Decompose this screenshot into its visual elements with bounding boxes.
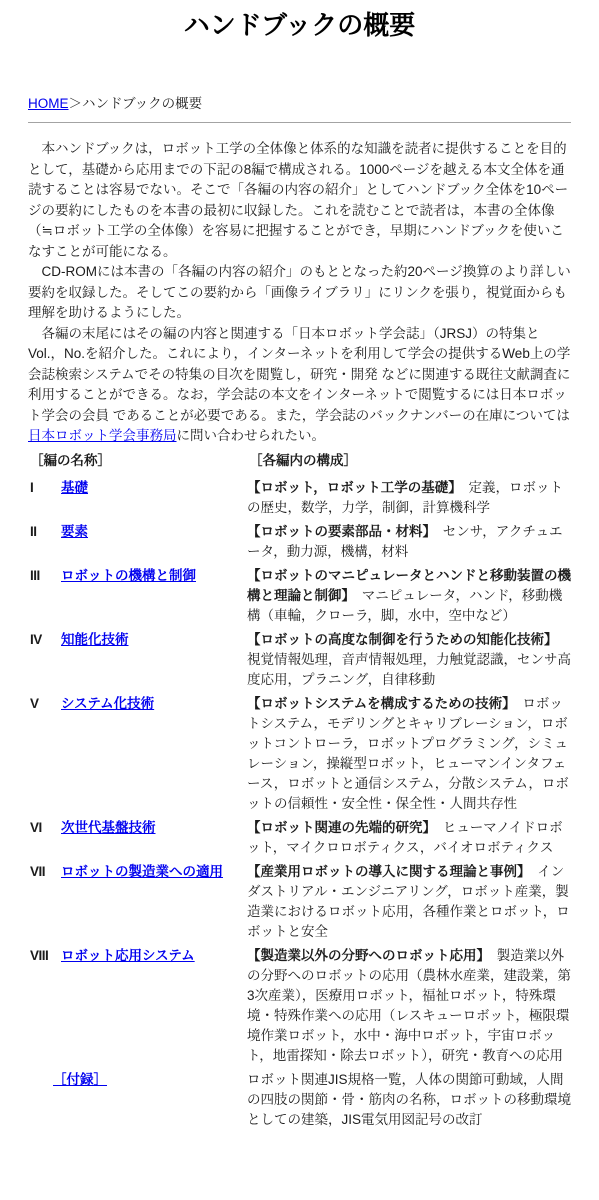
section-description-heading: 【ロボットの要素部品・材料】 <box>247 524 429 539</box>
section-description: 【産業用ロボットの導入に関する理論と事例】 インダストリアル・エンジニアリング，… <box>247 862 571 942</box>
jrsj-office-link[interactable]: 日本ロボット学会事務局 <box>28 428 177 443</box>
section-link[interactable]: 次世代基盤技術 <box>61 820 156 835</box>
section-link[interactable]: ロボットの機構と制御 <box>61 568 196 583</box>
section-link[interactable]: ［付録］ <box>53 1072 107 1087</box>
intro-paragraph-2: CD-ROMには本書の「各編の内容の紹介」のもととなった約20ページ換算のより詳… <box>28 262 571 324</box>
section-link[interactable]: 知能化技術 <box>61 632 129 647</box>
section-numeral: II <box>28 522 61 562</box>
section-row: V システム化技術 【ロボットシステムを構成するための技術】 ロボットシステム，… <box>28 694 571 814</box>
section-numeral: V <box>28 694 61 814</box>
section-name-cell: ロボットの機構と制御 <box>61 566 247 626</box>
section-link[interactable]: 要素 <box>61 524 88 539</box>
section-name-cell: ロボット応用システム <box>61 946 247 1066</box>
section-description: 【ロボットの要素部品・材料】 センサ，アクチュエータ，動力源，機構，材料 <box>247 522 571 562</box>
section-description: 【ロボットシステムを構成するための技術】 ロボットシステム，モデリングとキャリブ… <box>247 694 571 814</box>
section-name-cell: ロボットの製造業への適用 <box>61 862 247 942</box>
sections-table: ［編の名称］ ［各編内の構成］ I 基礎 【ロボット，ロボット工学の基礎】 定義… <box>28 451 571 1130</box>
section-row: ［付録］ ロボット関連JIS規格一覧，人体の関節可動域，人間の四肢の関節・骨・筋… <box>28 1070 571 1130</box>
section-description-heading: 【ロボットシステムを構成するための技術】 <box>247 696 509 711</box>
breadcrumb-separator: ＞ <box>69 96 83 111</box>
section-name-cell: 基礎 <box>61 478 247 518</box>
section-description: 【ロボットのマニピュレータとハンドと移動装置の機構と理論と制御】 マニピュレータ… <box>247 566 571 626</box>
section-row: II 要素 【ロボットの要素部品・材料】 センサ，アクチュエータ，動力源，機構，… <box>28 522 571 562</box>
section-row: I 基礎 【ロボット，ロボット工学の基礎】 定義，ロボットの歴史，数学，力学，制… <box>28 478 571 518</box>
section-description: ロボット関連JIS規格一覧，人体の関節可動域，人間の四肢の関節・骨・筋肉の名称，… <box>247 1070 571 1130</box>
section-row: VIII ロボット応用システム 【製造業以外の分野へのロボット応用】 製造業以外… <box>28 946 571 1066</box>
breadcrumb: HOME＞ハンドブックの概要 <box>28 94 571 113</box>
intro-paragraph-3: 各編の末尾にはその編の内容と関連する「日本ロボット学会誌」（JRSJ）の特集とV… <box>28 324 571 447</box>
section-description-heading: 【製造業以外の分野へのロボット応用】 <box>247 948 483 963</box>
section-description: 【製造業以外の分野へのロボット応用】 製造業以外の分野へのロボットの応用（農林水… <box>247 946 571 1066</box>
section-row: VII ロボットの製造業への適用 【産業用ロボットの導入に関する理論と事例】 イ… <box>28 862 571 942</box>
section-numeral: III <box>28 566 61 626</box>
section-numeral: VI <box>28 818 61 858</box>
section-description-body: ロボットシステム，モデリングとキャリブレーション，ロボットコントローラ，ロボット… <box>247 696 569 811</box>
section-name-cell: 要素 <box>61 522 247 562</box>
divider-rule <box>28 122 571 123</box>
sections-rows: I 基礎 【ロボット，ロボット工学の基礎】 定義，ロボットの歴史，数学，力学，制… <box>28 478 571 1130</box>
section-link[interactable]: ロボット応用システム <box>61 948 195 963</box>
section-name-cell: 知能化技術 <box>61 630 247 690</box>
section-numeral: I <box>28 478 61 518</box>
section-name-cell: システム化技術 <box>61 694 247 814</box>
section-description: 【ロボットの高度な制御を行うための知能化技術】 視覚情報処理，音声情報処理，力触… <box>247 630 571 690</box>
page-title: ハンドブックの概要 <box>28 8 571 42</box>
section-description-body: ロボット関連JIS規格一覧，人体の関節可動域，人間の四肢の関節・骨・筋肉の名称，… <box>247 1072 571 1127</box>
intro-text: 本ハンドブックは，ロボット工学の全体像と体系的な知識を読者に提供することを目的と… <box>28 139 571 447</box>
section-description: 【ロボット，ロボット工学の基礎】 定義，ロボットの歴史，数学，力学，制御，計算機… <box>247 478 571 518</box>
section-row: IV 知能化技術 【ロボットの高度な制御を行うための知能化技術】 視覚情報処理，… <box>28 630 571 690</box>
breadcrumb-current: ハンドブックの概要 <box>82 96 202 111</box>
section-name-cell: ［付録］ <box>53 1070 247 1130</box>
section-link[interactable]: 基礎 <box>61 480 88 495</box>
column-header-edition-contents: ［各編内の構成］ <box>249 451 571 471</box>
sections-table-header: ［編の名称］ ［各編内の構成］ <box>28 451 571 471</box>
section-description-body: 製造業以外の分野へのロボットの応用（農林水産業，建設業，第3次産業），医療用ロボ… <box>247 948 571 1063</box>
section-link[interactable]: ロボットの製造業への適用 <box>61 864 223 879</box>
section-name-cell: 次世代基盤技術 <box>61 818 247 858</box>
section-description-heading: 【ロボット，ロボット工学の基礎】 <box>247 480 455 495</box>
intro-paragraph-3-text: 各編の末尾にはその編の内容と関連する「日本ロボット学会誌」（JRSJ）の特集とV… <box>28 326 570 423</box>
section-row: VI 次世代基盤技術 【ロボット関連の先端的研究】 ヒューマノイドロボット，マイ… <box>28 818 571 858</box>
section-description-heading: 【ロボットの高度な制御を行うための知能化技術】 <box>247 632 551 647</box>
section-row: III ロボットの機構と制御 【ロボットのマニピュレータとハンドと移動装置の機構… <box>28 566 571 626</box>
intro-paragraph-3-tail: に問い合わせられたい。 <box>177 428 326 443</box>
intro-paragraph-1: 本ハンドブックは，ロボット工学の全体像と体系的な知識を読者に提供することを目的と… <box>28 139 571 262</box>
section-description: 【ロボット関連の先端的研究】 ヒューマノイドロボット，マイクロロボティクス，バイ… <box>247 818 571 858</box>
section-numeral: VIII <box>28 946 61 1066</box>
section-numeral: IV <box>28 630 61 690</box>
section-description-heading: 【産業用ロボットの導入に関する理論と事例】 <box>247 864 524 879</box>
section-numeral: VII <box>28 862 61 942</box>
column-header-edition-name: ［編の名称］ <box>30 451 249 471</box>
section-link[interactable]: システム化技術 <box>61 696 154 711</box>
section-description-heading: 【ロボット関連の先端的研究】 <box>247 820 429 835</box>
breadcrumb-home-link[interactable]: HOME <box>28 96 69 111</box>
